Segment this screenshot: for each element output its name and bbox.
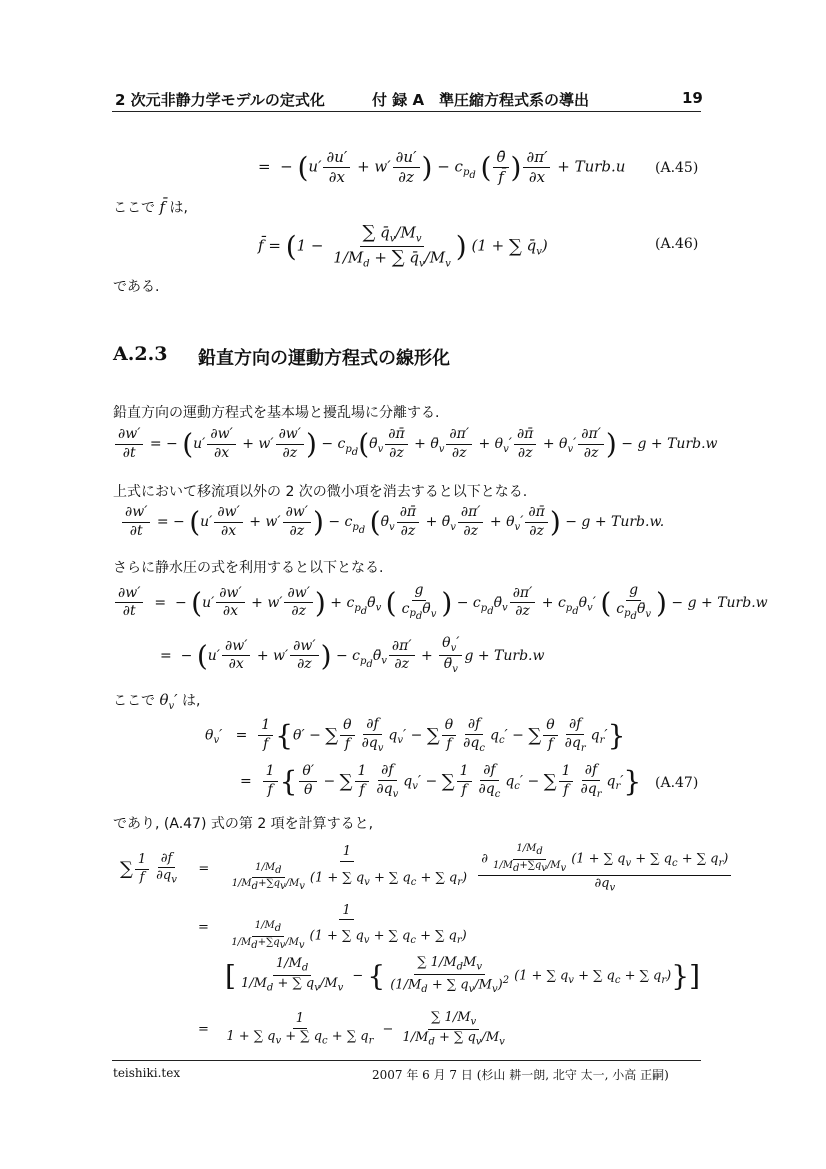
paragraph-3: さらに静水圧の式を利用すると以下となる.: [113, 557, 383, 577]
section-title: 鉛直方向の運動方程式の線形化: [198, 344, 450, 370]
equation-a46: f̄ = (1 − ∑ q̄v/Mv1/Md + ∑ q̄v/Mv) (1 + …: [258, 222, 548, 271]
equation-w-hydrostatic-2: = − (u′∂w′∂x + w′∂w′∂z) − cpdθ̄v∂π′∂z + …: [160, 635, 545, 677]
text-koko-theta: ここで θv′ は,: [113, 690, 200, 712]
running-header-appendix: 付 録 A 準圧縮方程式系の導出: [372, 89, 589, 110]
equation-sum-line3: [1/Md1/Md + ∑ qv/Mv − {∑ 1/MdMv(1/Md + ∑…: [225, 955, 700, 997]
equation-label-a47: (A.47): [655, 775, 698, 791]
equation-label-a45: (A.45): [655, 160, 698, 176]
text-ha: は,: [169, 200, 187, 216]
symbol-fbar: f̄: [159, 198, 165, 216]
equation-a47-line1: θv′ = 1f{θ′ − ∑θf∂f∂qvqv′ − ∑θf∂f∂qcqc′ …: [205, 716, 625, 755]
equation-sum-line4: = 11 + ∑ qv + ∑ qc + ∑ qr − ∑ 1/Mv1/Md +…: [198, 1010, 510, 1049]
equation-w-linear: ∂w′∂t = − (u′∂w′∂x + w′∂w′∂z) − cpd (θ̄v…: [120, 504, 664, 540]
section-number: A.2.3: [113, 343, 167, 365]
equation-w-hydrostatic-1: ∂w′∂t = − (u′∂w′∂x + w′∂w′∂z) + cpdθ̄v (…: [113, 582, 768, 624]
page-number: 19: [682, 89, 703, 107]
footer-filename: teishiki.tex: [113, 1066, 180, 1080]
text-dearu: である.: [113, 276, 159, 296]
text-koko: ここで: [113, 200, 155, 216]
text-koko-f: ここで f̄ は,: [113, 197, 188, 217]
paragraph-4: であり, (A.47) 式の第 2 項を計算すると,: [113, 813, 373, 833]
equation-sum-line2: = 11/Md1/Md+∑qv/Mv(1 + ∑ qv + ∑ qc + ∑ q…: [198, 903, 472, 952]
symbol-theta-v-prime: θv′: [159, 691, 177, 709]
equation-a45: = − (u′∂u′∂x + w′∂u′∂z) − cpd (θ̄f̄)∂π′∂…: [258, 148, 625, 187]
equation-a47-line2: = 1f{θ′θ − ∑1f∂f∂qvqv′ − ∑1f∂f∂qcqc′ − ∑…: [240, 762, 641, 801]
running-header-chapter: 2 次元非静力学モデルの定式化: [115, 89, 325, 110]
equation-sum-line1: ∑1f∂f∂qv = 11/Md1/Md+∑qv/Mv(1 + ∑ qv + ∑…: [120, 843, 733, 895]
equation-w-full: ∂w′∂t = − (u′∂w′∂x + w′∂w′∂z) − cpd(θ̄v∂…: [113, 426, 718, 462]
footer-date-authors: 2007 年 6 月 7 日 (杉山 耕一朗, 北守 太一, 小高 正嗣): [372, 1066, 669, 1083]
text-ha: は,: [182, 693, 200, 709]
header-rule: [112, 111, 701, 112]
text-koko: ここで: [113, 693, 155, 709]
equation-label-a46: (A.46): [655, 236, 698, 252]
footer-rule: [112, 1060, 701, 1061]
paragraph-1: 鉛直方向の運動方程式を基本場と擾乱場に分離する.: [113, 402, 439, 422]
paragraph-2: 上式において移流項以外の 2 次の微小項を消去すると以下となる.: [113, 481, 527, 501]
